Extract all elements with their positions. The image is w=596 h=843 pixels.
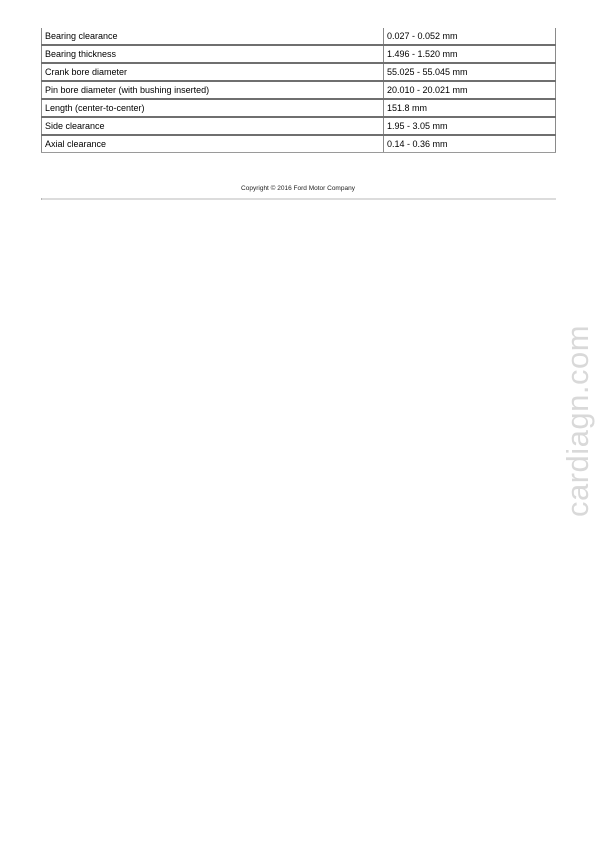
spec-label: Bearing clearance	[42, 28, 384, 45]
spec-value: 55.025 - 55.045 mm	[384, 63, 556, 81]
table-row: Bearing thickness 1.496 - 1.520 mm	[42, 45, 556, 63]
spec-value: 1.95 - 3.05 mm	[384, 117, 556, 135]
spec-label: Bearing thickness	[42, 45, 384, 63]
spec-value: 20.010 - 20.021 mm	[384, 81, 556, 99]
spec-value: 151.8 mm	[384, 99, 556, 117]
spec-value: 0.14 - 0.36 mm	[384, 135, 556, 153]
spec-label: Axial clearance	[42, 135, 384, 153]
table-row: Side clearance 1.95 - 3.05 mm	[42, 117, 556, 135]
spec-value: 0.027 - 0.052 mm	[384, 28, 556, 45]
spec-value: 1.496 - 1.520 mm	[384, 45, 556, 63]
table-row: Crank bore diameter 55.025 - 55.045 mm	[42, 63, 556, 81]
spec-label: Crank bore diameter	[42, 63, 384, 81]
spec-label: Pin bore diameter (with bushing inserted…	[42, 81, 384, 99]
copyright-notice: Copyright © 2016 Ford Motor Company	[0, 185, 596, 192]
watermark: cardiagn.com	[560, 325, 596, 517]
specification-table: Bearing clearance 0.027 - 0.052 mm Beari…	[41, 28, 556, 153]
spec-label: Length (center-to-center)	[42, 99, 384, 117]
table-row: Bearing clearance 0.027 - 0.052 mm	[42, 28, 556, 45]
spec-label: Side clearance	[42, 117, 384, 135]
table-row: Axial clearance 0.14 - 0.36 mm	[42, 135, 556, 153]
table-row: Length (center-to-center) 151.8 mm	[42, 99, 556, 117]
table-row: Pin bore diameter (with bushing inserted…	[42, 81, 556, 99]
footer-divider	[41, 198, 556, 200]
